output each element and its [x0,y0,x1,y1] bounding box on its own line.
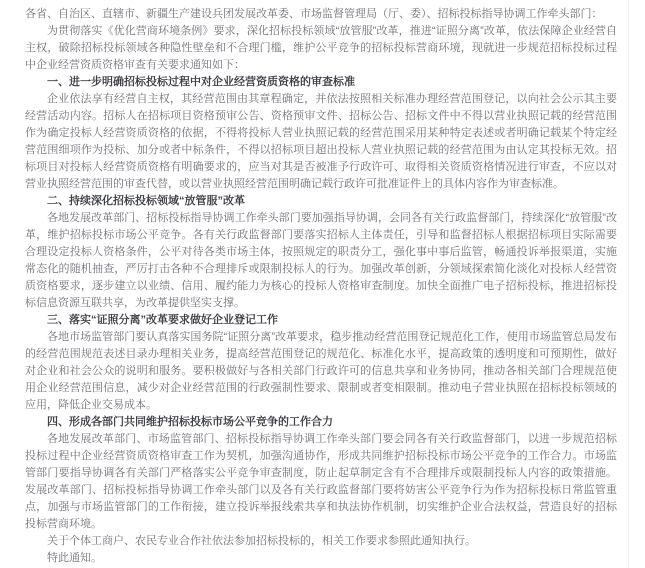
document-body: 各省、自治区、直辖市、新疆生产建设兵团发展改革委、市场监督管理局（厅、委）、招标… [25,6,617,567]
section-3-paragraph: 各地市场监管部门要认真落实国务院“证照分离”改革要求，稳步推动经营范围登记规范化… [25,329,617,414]
intro-paragraph: 为贯彻落实《优化营商环境条例》要求，深化招标投标领域“放管服”改革，推进“证照分… [25,23,617,74]
addressee-line: 各省、自治区、直辖市、新疆生产建设兵团发展改革委、市场监督管理局（厅、委）、招标… [25,6,617,23]
document-page: 各省、自治区、直辖市、新疆生产建设兵团发展改革委、市场监督管理局（厅、委）、招标… [0,0,629,568]
section-heading-1: 一、进一步明确招标投标过程中对企业经营资质资格的审查标准 [25,74,617,91]
section-heading-4: 四、形成各部门共同维护招标投标市场公平竞争的工作合力 [25,414,617,431]
section-4-paragraph: 各地发展改革部门、市场监管部门、招标投标指导协调工作牵头部门要会同各有关行政监督… [25,431,617,533]
closing-line: 特此通知。 [25,550,617,567]
section-heading-3: 三、落实“证照分离”改革要求做好企业登记工作 [25,312,617,329]
section-heading-2: 二、持续深化招标投标领域“放管服”改革 [25,193,617,210]
section-1-paragraph: 企业依法享有经营自主权，其经营范围由其章程确定，并依法按照相关标准办理经营范围登… [25,91,617,193]
scope-note-paragraph: 关于个体工商户、农民专业合作社依法参加招标投标的，相关工作要求参照此通知执行。 [25,533,617,550]
section-2-paragraph: 各地发展改革部门、招标投标指导协调工作牵头部门要加强指导协调，会同各有关行政监督… [25,210,617,312]
